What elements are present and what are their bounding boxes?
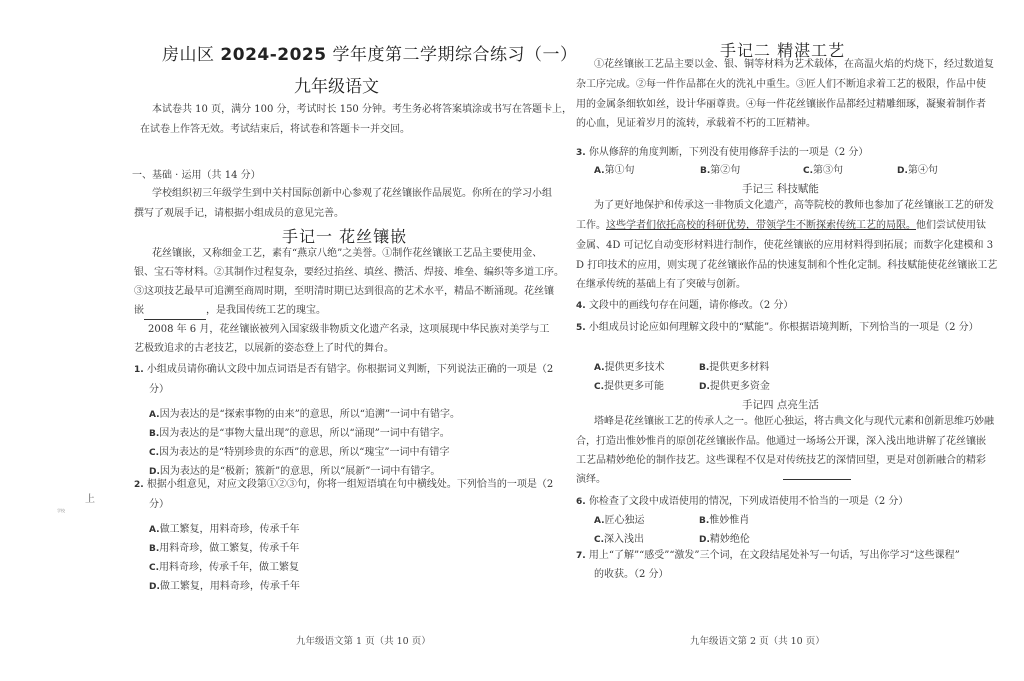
question-2-text: 根据小组意见，对应文段第①②③句，你将一组短语填在句中横线处。下列恰当的一项是（… xyxy=(147,479,553,490)
page-2-footer: 九年级语文第 2 页（共 10 页） xyxy=(690,633,825,647)
question-1-text: 小组成员请你确认文段中加点词语是否有错字。你根据词义判断，下列说法正确的一项是（… xyxy=(147,364,553,375)
question-1: 1. 小组成员请你确认文段中加点词语是否有错字。你根据词义判断，下列说法正确的一… xyxy=(134,360,553,375)
option-text: 用料奇珍，传承千年，做工繁复 xyxy=(159,562,299,573)
instructions-line-1: 本试卷共 10 页，满分 100 分，考试时长 150 分钟。考生务必将答案填涂… xyxy=(152,100,572,119)
option-text: 第①句 xyxy=(605,165,635,176)
note-4-line-3: 工艺品精妙绝伦的制作技艺。这些课程不仅是对传统技艺的深情回望，更是对创新融合的精… xyxy=(576,451,986,470)
option-text: 提供更多可能 xyxy=(604,381,664,392)
note-3-line-1: 为了更好地保护和传承这一非物质文化遗产，高等院校的教师也参加了花丝镶嵌工艺的研发 xyxy=(594,196,994,215)
underlined-sentence: 这些学者们依托高校的科研优势，带领学生不断探索传统工艺的局限。 xyxy=(606,220,916,231)
q3-option-b[interactable]: B.第②句 xyxy=(700,161,740,176)
option-text: 提供更多材料 xyxy=(709,362,769,373)
q3-option-a[interactable]: A.第①句 xyxy=(594,161,635,176)
question-5-text: 小组成员讨论应如何理解文段中的“赋能”。你根据语境判断，下列恰当的一项是（2 分… xyxy=(589,322,979,333)
q1-option-c[interactable]: C.因为表达的是“特别珍贵的东西”的意思，所以“瑰宝”一词中有错字 xyxy=(149,443,449,458)
intro-line-1: 学校组织初三年级学生到中关村国际创新中心参观了花丝镶嵌作品展览。你所在的学习小组 xyxy=(152,184,552,203)
question-4-text: 文段中的画线句存在问题，请你修改。（2 分） xyxy=(589,300,794,311)
question-2-number: 2. xyxy=(134,480,144,490)
note-3-line-4: D 打印技术的应用，则实现了花丝镶嵌作品的快速复制和个性化定制。科技赋能使花丝镶… xyxy=(576,256,997,275)
option-label: C. xyxy=(149,448,159,458)
binding-margin-mark: 上 xyxy=(85,490,95,505)
title-prefix: 房山区 xyxy=(162,45,220,65)
page-1-footer: 九年级语文第 1 页（共 10 页） xyxy=(296,633,431,647)
title-suffix: 学年度第二学期综合练习（一） xyxy=(327,45,578,65)
q3-option-d[interactable]: D.第④句 xyxy=(897,161,938,176)
note-3-line-3: 金属、4D 可记忆自动变形材料进行制作，使花丝镶嵌的应用材料得到拓展；而数字化建… xyxy=(576,236,993,255)
question-1-text-cont: 分） xyxy=(149,380,169,395)
option-label: C. xyxy=(149,563,159,573)
note-3-line-2: 工作。这些学者们依托高校的科研优势，带领学生不断探索传统工艺的局限。他们尝试使用… xyxy=(576,216,986,235)
note-1-line-3: ③这项技艺最早可追溯至商周时期，至明清时期已达到很高的艺术水平，精品不断涌现。花… xyxy=(134,282,554,301)
note-4-heading: 手记四 点亮生活 xyxy=(742,397,819,412)
note-2-line-2: 杂工序完成。②每一件作品都在火的洗礼中重生。③匠人们不断追求着工艺的极限，作品中… xyxy=(576,75,986,94)
question-3: 3. 你从修辞的角度判断，下列没有使用修辞手法的一项是（2 分） xyxy=(576,143,868,158)
question-4: 4. 文段中的画线句存在问题，请你修改。（2 分） xyxy=(576,296,793,311)
option-label: C. xyxy=(594,535,604,545)
note-1-para2-line-2: 艺极致追求的古老技艺，以展新的姿态登上了时代的舞台。 xyxy=(134,339,394,358)
option-text: 第③句 xyxy=(813,165,843,176)
option-text: 第④句 xyxy=(908,165,938,176)
note-4-line-1: 塔峰是花丝镶嵌工艺的传承人之一。他匠心独运，将古典文化与现代元素和创新思维巧妙融 xyxy=(594,412,994,431)
option-label: A. xyxy=(149,410,160,420)
note-1-line-4: 嵌，是我国传统工艺的瑰宝。 xyxy=(134,301,326,320)
option-text: 匠心独运 xyxy=(605,515,645,526)
q3-option-c[interactable]: C.第③句 xyxy=(803,161,843,176)
question-6-number: 6. xyxy=(576,497,586,507)
option-label: B. xyxy=(699,363,709,373)
note-1-line-4-end: ，是我国传统工艺的瑰宝。 xyxy=(206,305,326,316)
question-7-text: 用上“了解”“感受”“激发”三个词，在文段结尾处补写一句话，写出你学习“这些课程… xyxy=(589,550,960,561)
note-3-heading: 手记三 科技赋能 xyxy=(742,181,819,196)
option-text: 惟妙惟肖 xyxy=(709,515,749,526)
option-text: 因为表达的是“事物大量出现”的意思，所以“涌现”一词中有错字。 xyxy=(159,428,449,439)
option-text: 做工繁复，用料奇珍，传承千年 xyxy=(160,524,300,535)
instructions-line-2: 在试卷上作答无效。考试结束后，将试卷和答题卡一并交回。 xyxy=(140,120,410,139)
note-4-line-4: 演绎。 xyxy=(576,470,606,489)
option-label: C. xyxy=(594,382,604,392)
title-years: 2024-2025 xyxy=(220,45,326,65)
q6-option-a[interactable]: A.匠心独运 xyxy=(594,511,645,526)
note-1-line-1: 花丝镶嵌，又称细金工艺，素有“燕京八绝”之美誉。①制作花丝镶嵌工艺品主要使用金、 xyxy=(152,244,542,263)
option-text: 用料奇珍，做工繁复，传承千年 xyxy=(159,543,299,554)
q1-option-a[interactable]: A.因为表达的是“探索事物的由来”的意思，所以“追溯”一词中有错字。 xyxy=(149,405,460,420)
question-5: 5. 小组成员讨论应如何理解文段中的“赋能”。你根据语境判断，下列恰当的一项是（… xyxy=(576,318,979,333)
q1-option-b[interactable]: B.因为表达的是“事物大量出现”的意思，所以“涌现”一词中有错字。 xyxy=(149,424,450,439)
option-text: 因为表达的是“特别珍贵的东西”的意思，所以“瑰宝”一词中有错字 xyxy=(159,447,449,458)
section-1-title: 一、基础 · 运用（共 14 分） xyxy=(132,166,261,185)
option-label: B. xyxy=(700,166,710,176)
option-label: D. xyxy=(897,166,908,176)
question-3-text: 你从修辞的角度判断，下列没有使用修辞手法的一项是（2 分） xyxy=(589,147,869,158)
option-text: 提供更多资金 xyxy=(710,381,770,392)
intro-line-2: 撰写了观展手记，请根据小组成员的意见完善。 xyxy=(134,204,344,223)
option-text: 做工繁复，用料奇珍，传承千年 xyxy=(160,581,300,592)
option-label: B. xyxy=(149,429,159,439)
note-1-line-4-start: 嵌 xyxy=(134,305,144,316)
question-7: 7. 用上“了解”“感受”“激发”三个词，在文段结尾处补写一句话，写出你学习“这… xyxy=(576,546,960,561)
option-label: D. xyxy=(699,535,710,545)
option-label: A. xyxy=(594,363,605,373)
option-label: C. xyxy=(803,166,813,176)
q6-option-b[interactable]: B.惟妙惟肖 xyxy=(699,511,749,526)
note-3-line-2-start: 工作。 xyxy=(576,220,606,231)
q5-option-d[interactable]: D.提供更多资金 xyxy=(699,377,770,392)
question-4-number: 4. xyxy=(576,301,586,311)
note-2-line-1: ①花丝镶嵌工艺品主要以金、银、铜等材料为艺术载体，在高温火焰的灼烧下，经过数道复 xyxy=(594,55,994,74)
exam-title: 房山区 2024-2025 学年度第二学期综合练习（一） xyxy=(162,40,578,65)
option-label: A. xyxy=(149,525,160,535)
note-1-para2-line-1: 2008 年 6 月，花丝镶嵌被列入国家级非物质文化遗产名录，这项展现中华民族对… xyxy=(148,320,549,339)
note-2-line-3: 用的金属条细软如丝，设计华丽尊贵。④每一件花丝镶嵌作品都经过精雕细琢，凝聚着制作… xyxy=(576,95,986,114)
note-3-line-5: 在继承传统的基础上有了突破与创新。 xyxy=(576,275,746,294)
q2-option-a[interactable]: A.做工繁复，用料奇珍，传承千年 xyxy=(149,520,300,535)
q5-option-b[interactable]: B.提供更多材料 xyxy=(699,358,769,373)
option-text: 深入浅出 xyxy=(604,534,644,545)
option-text: 第②句 xyxy=(710,165,740,176)
note-4-line-2: 合，打造出惟妙惟肖的原创花丝镶嵌作品。他通过一场场公开课，深入浅出地讲解了花丝镶… xyxy=(576,432,986,451)
binding-margin-tiny-text: 学校 xyxy=(57,508,65,514)
q2-option-c[interactable]: C.用料奇珍，传承千年，做工繁复 xyxy=(149,558,299,573)
q6-option-d[interactable]: D.精妙绝伦 xyxy=(699,530,750,545)
question-2-text-cont: 分） xyxy=(149,495,169,510)
question-6: 6. 你检查了文段中成语使用的情况，下列成语使用不恰当的一项是（2 分） xyxy=(576,492,908,507)
option-label: D. xyxy=(149,582,160,592)
option-label: D. xyxy=(699,382,710,392)
note-2-line-4: 的心血，见证着岁月的流转，承载着不朽的工匠精神。 xyxy=(576,114,816,133)
note-3-line-2-end: 他们尝试使用钛 xyxy=(916,220,986,231)
question-7-text-cont: 的收获。（2 分） xyxy=(594,565,669,580)
option-label: B. xyxy=(699,516,709,526)
question-5-number: 5. xyxy=(576,323,586,333)
option-text: 提供更多技术 xyxy=(605,362,665,373)
question-2: 2. 根据小组意见，对应文段第①②③句，你将一组短语填在句中横线处。下列恰当的一… xyxy=(134,475,553,490)
exam-subtitle: 九年级语文 xyxy=(294,72,379,97)
option-label: B. xyxy=(149,544,159,554)
q2-option-d[interactable]: D.做工繁复，用料奇珍，传承千年 xyxy=(149,577,300,592)
q5-option-a[interactable]: A.提供更多技术 xyxy=(594,358,665,373)
question-7-number: 7. xyxy=(576,551,586,561)
exam-page-1: 房山区 2024-2025 学年度第二学期综合练习（一） 九年级语文 本试卷共 … xyxy=(0,0,560,681)
question-6-text: 你检查了文段中成语使用的情况，下列成语使用不恰当的一项是（2 分） xyxy=(589,496,909,507)
fill-in-blank[interactable] xyxy=(144,309,206,320)
option-label: A. xyxy=(594,516,605,526)
question-1-number: 1. xyxy=(134,365,144,375)
note-1-line-2: 银、宝石等材料。②其制作过程复杂，要经过掐丝、填丝、攒活、焊接、堆垒、编织等多道… xyxy=(134,263,564,282)
option-label: A. xyxy=(594,166,605,176)
exam-page-2: 手记二 精湛工艺 ①花丝镶嵌工艺品主要以金、银、铜等材料为艺术载体，在高温火焰的… xyxy=(560,0,1024,681)
q2-option-b[interactable]: B.用料奇珍，做工繁复，传承千年 xyxy=(149,539,299,554)
q5-option-c[interactable]: C.提供更多可能 xyxy=(594,377,664,392)
option-text: 精妙绝伦 xyxy=(710,534,750,545)
question-3-number: 3. xyxy=(576,148,586,158)
answer-blank-line[interactable] xyxy=(783,479,851,480)
q6-option-c[interactable]: C.深入浅出 xyxy=(594,530,644,545)
option-text: 因为表达的是“探索事物的由来”的意思，所以“追溯”一词中有错字。 xyxy=(160,409,460,420)
